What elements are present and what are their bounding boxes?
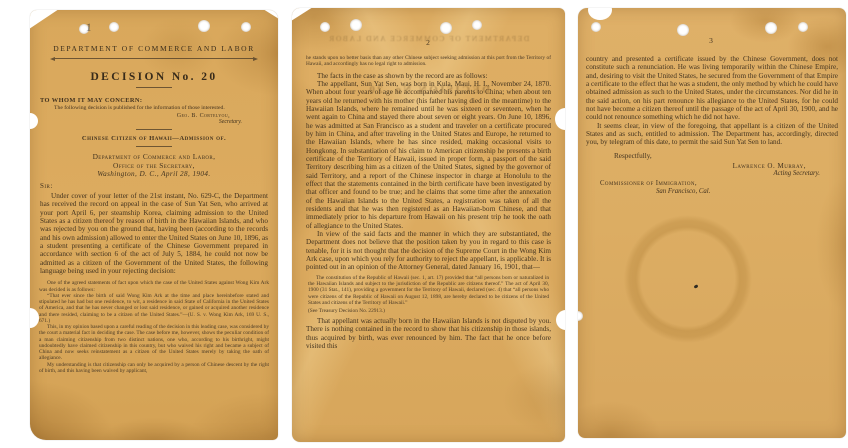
publication-notice: TO WHOM IT MAY CONCERN: The following de… [30, 97, 278, 125]
rejecting-decision-quote: One of the agreed statements of fact upo… [39, 280, 269, 374]
punch-hole [765, 22, 777, 34]
paragraph: The facts in the case as shown by the re… [306, 72, 551, 80]
letter-body: country and presented a certificate issu… [586, 55, 838, 147]
quote-paragraph: “That ever since the birth of said Wong … [39, 293, 269, 324]
addressee-location: San Francisco, Cal. [656, 188, 846, 195]
divider [54, 58, 254, 59]
quote-paragraph: The constitution of the Republic of Hawa… [308, 275, 549, 306]
document-page-3: 3 country and presented a certificate is… [578, 8, 846, 438]
addressee: Commissioner of Immigration, [600, 180, 846, 187]
quote-paragraph: My understanding is that citizenship can… [39, 362, 269, 375]
punch-hole [440, 22, 452, 34]
attorney-general-quote: The constitution of the Republic of Hawa… [308, 275, 549, 306]
torn-edge-notch [555, 108, 565, 130]
paragraph: Under cover of your letter of the 21st i… [40, 192, 268, 275]
punch-hole [677, 24, 689, 36]
paragraph: country and presented a certificate issu… [586, 55, 838, 122]
paragraph: That appellant was actually born in the … [306, 317, 551, 350]
paragraph: In view of the said facts and the manner… [306, 230, 551, 272]
punch-hole [578, 311, 583, 321]
quote-citation: (See Treasury Decision No. 22913.) [308, 308, 549, 314]
divider [136, 87, 172, 88]
paragraph: The appellant, Sun Yat Sen, was born in … [306, 80, 551, 230]
page-number: 2 [306, 38, 550, 47]
quote-paragraph: One of the agreed statements of fact upo… [39, 280, 269, 293]
letter-body: That appellant was actually born in the … [306, 317, 551, 350]
torn-corner [30, 10, 59, 29]
page-number: 3 [586, 36, 836, 45]
paragraph: It seems clear, in view of the foregoing… [586, 122, 838, 147]
letter-body: The facts in the case as shown by the re… [306, 72, 551, 272]
document-page-2: DEPARTMENT OF COMMERCE AND LABOR DECISIO… [292, 8, 565, 442]
punch-hole [320, 22, 330, 32]
closing: Respectfully, [614, 152, 846, 160]
punch-hole [591, 22, 601, 32]
salutation: Sir: [30, 182, 278, 190]
torn-edge-notch [556, 310, 565, 330]
punch-hole [350, 19, 362, 31]
punch-hole [198, 20, 210, 32]
acting-secretary-title: Acting Secretary. [578, 170, 846, 177]
torn-edge-notch [30, 308, 39, 328]
secretary-title: Secretary. [40, 119, 268, 125]
punch-hole [241, 22, 251, 32]
punch-hole [798, 22, 808, 32]
punch-hole [472, 20, 482, 30]
divider [136, 129, 172, 130]
divider [136, 146, 172, 147]
acting-secretary-name: Lawrence O. Murray, [578, 162, 846, 170]
torn-edge-notch [588, 8, 612, 20]
subject-line: Chinese Citizen of Hawaii—Admission of. [30, 135, 278, 142]
scanned-document-view: 1 DEPARTMENT OF COMMERCE AND LABOR DECIS… [0, 0, 848, 448]
publication-note: The following decision is published for … [40, 105, 268, 111]
decision-title: DECISION No. 20 [30, 71, 278, 83]
pencil-mark: 1 [86, 22, 94, 34]
document-page-1: 1 DEPARTMENT OF COMMERCE AND LABOR DECIS… [30, 10, 278, 440]
department-heading: Department of Commerce and Labor, Office… [30, 152, 278, 179]
torn-corner [263, 10, 278, 19]
ink-speck [694, 284, 699, 288]
to-whom-heading: TO WHOM IT MAY CONCERN: [40, 97, 268, 104]
dateline: Washington, D. C., April 28, 1904. [30, 170, 278, 179]
office-line: Office of the Secretary, [30, 161, 278, 170]
fineprint-continuation: he stands upon no better basis than any … [306, 55, 551, 68]
quote-paragraph: This, in my opinion based upon a careful… [39, 324, 269, 362]
department-line: Department of Commerce and Labor, [30, 152, 278, 161]
letter-body: Under cover of your letter of the 21st i… [40, 192, 268, 275]
torn-corner [292, 8, 313, 21]
letterhead: DEPARTMENT OF COMMERCE AND LABOR [30, 44, 278, 53]
punch-hole [109, 22, 119, 32]
quote-paragraph: he stands upon no better basis than any … [306, 55, 551, 68]
